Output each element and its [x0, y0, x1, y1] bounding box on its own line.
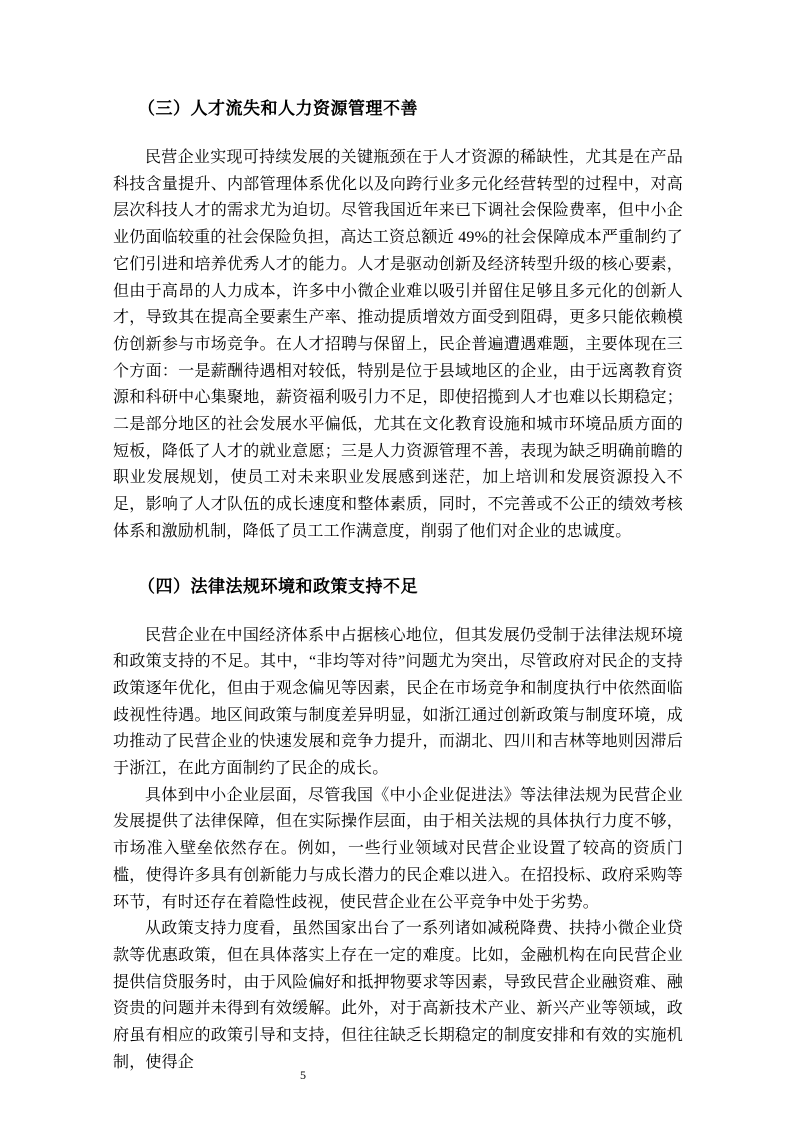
section-heading-4: （四）法律法规环境和政策支持不足 — [113, 573, 683, 600]
section-4-paragraph-2: 具体到中小企业层面，尽管我国《中小企业促进法》等法律法规为民营企业发展提供了法律… — [113, 783, 683, 917]
section-heading-3: （三）人才流失和人力资源管理不善 — [113, 95, 683, 122]
section-4-paragraph-1: 民营企业在中国经济体系中占据核心地位，但其发展仍受制于法律法规环境和政策支持的不… — [113, 623, 683, 783]
page-content: （三）人才流失和人力资源管理不善 民营企业实现可持续发展的关键瓶颈在于人才资源的… — [113, 95, 683, 1077]
document-page: （三）人才流失和人力资源管理不善 民营企业实现可持续发展的关键瓶颈在于人才资源的… — [0, 0, 793, 1122]
section-4-paragraph-3: 从政策支持力度看，虽然国家出台了一系列诸如减税降费、扶持小微企业贷款等优惠政策，… — [113, 916, 683, 1076]
section-3-paragraph-1: 民营企业实现可持续发展的关键瓶颈在于人才资源的稀缺性，尤其是在产品科技含量提升、… — [113, 145, 683, 546]
page-number: 5 — [300, 1066, 306, 1084]
